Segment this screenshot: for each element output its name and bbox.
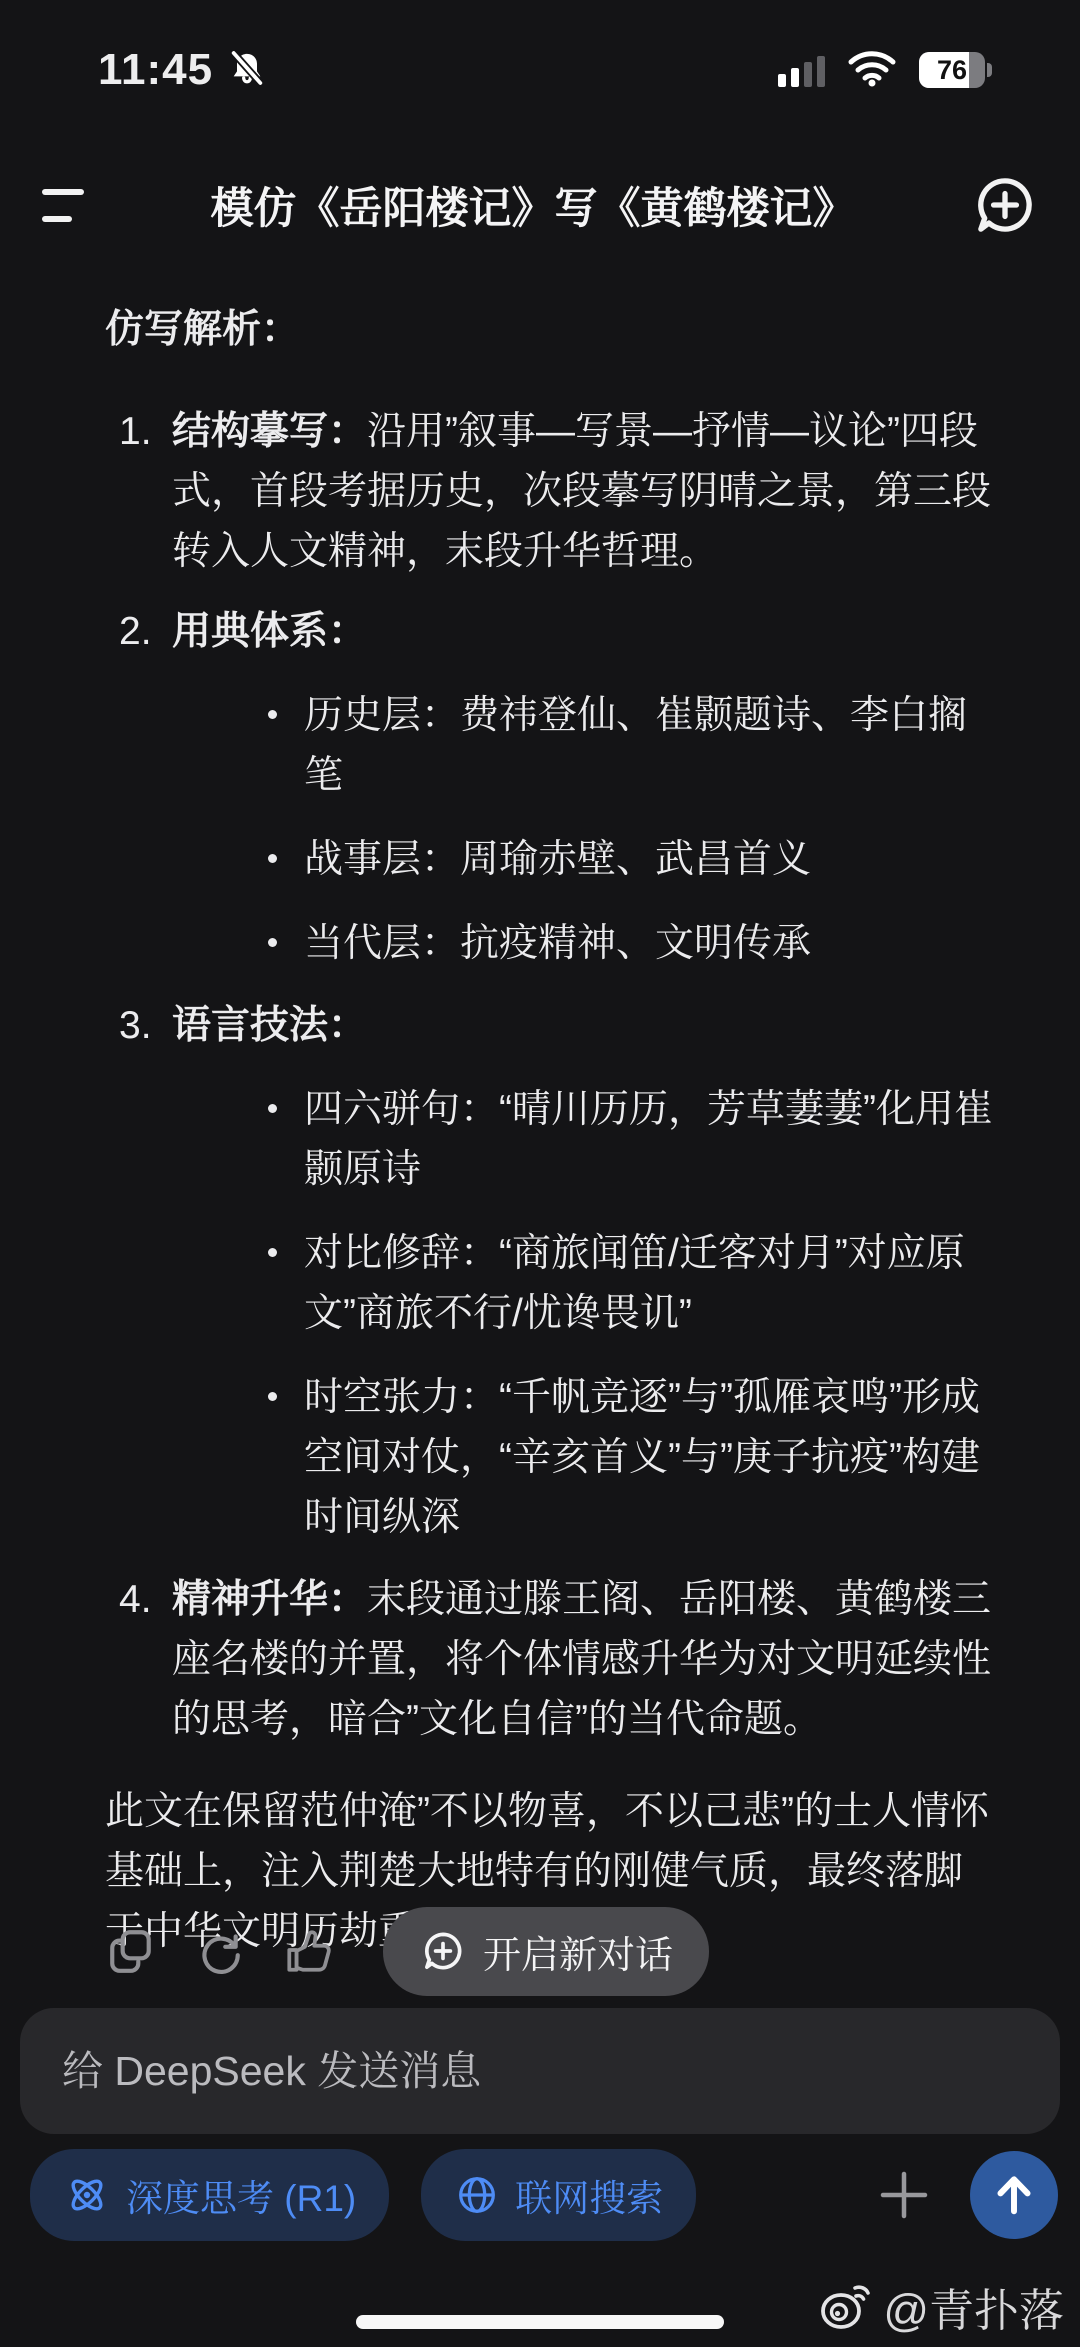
item-term: 语言技法： [172,1004,367,1047]
battery-icon: 76 [919,52,992,88]
home-indicator[interactable] [356,2315,724,2329]
conversation-title: 模仿《岳阳楼记》写《黄鹤楼记》 [98,175,968,236]
bullet-dot [268,1224,304,1344]
new-conversation-button[interactable]: 开启新对话 [383,1907,709,1996]
arrow-up-icon [988,2169,1040,2221]
list-item: 3. 语言技法： 四六骈句：“晴川历历，芳草萋萋”化用崔颢原诗 对比修辞：“商旅… [119,996,995,1550]
bullet-list: 四六骈句：“晴川历历，芳草萋萋”化用崔颢原诗 对比修辞：“商旅闻笛/迁客对月”对… [268,1080,995,1548]
bullet-item: 战事层：周瑜赤壁、武昌首义 [268,830,995,890]
deepthink-label: 深度思考 (R1) [126,2168,356,2222]
bullet-dot [268,1080,304,1200]
copy-icon[interactable] [105,1925,157,1977]
atom-icon [63,2171,111,2219]
bullet-dot [268,830,304,890]
weibo-icon [819,2282,875,2332]
wifi-icon [847,49,897,92]
bullet-dot [268,686,304,806]
sidebar-menu-icon[interactable] [42,189,98,222]
numbered-list: 1. 结构摹写：沿用”叙事—写景—抒情—议论”四段式，首段考据历史，次段摹写阴晴… [105,402,995,1750]
bullet-item: 四六骈句：“晴川历历，芳草萋萋”化用崔颢原诗 [268,1080,995,1200]
item-term: 结构摹写： [172,410,367,453]
cellular-signal-icon [778,53,825,87]
watermark: @青扑落 [819,2274,1064,2339]
item-term: 精神升华： [172,1578,367,1621]
web-search-label: 联网搜索 [515,2168,663,2222]
bullet-item: 历史层：费祎登仙、崔颢题诗、李白搁笔 [268,686,995,806]
list-item: 2. 用典体系： 历史层：费祎登仙、崔颢题诗、李白搁笔 战事层：周瑜赤壁、武昌首… [119,602,995,976]
message-heading: 仿写解析： [105,300,995,360]
web-search-toggle[interactable]: 联网搜索 [421,2149,696,2241]
message-input[interactable] [20,2048,1060,2095]
status-bar: 11:45 [0,30,1080,110]
item-term: 用典体系： [172,610,367,653]
attach-plus-icon[interactable] [876,2167,932,2223]
message-input-box [20,2008,1060,2134]
bullet-item: 当代层：抗疫精神、文明传承 [268,914,995,974]
new-chat-icon[interactable] [968,172,1038,238]
thumbs-up-icon[interactable] [281,1925,333,1977]
regenerate-icon[interactable] [193,1925,245,1977]
globe-icon [454,2172,500,2218]
status-time: 11:45 [98,45,213,95]
deepthink-toggle[interactable]: 深度思考 (R1) [30,2149,389,2241]
list-item: 1. 结构摹写：沿用”叙事—写景—抒情—议论”四段式，首段考据历史，次段摹写阴晴… [119,402,995,582]
composer-toolbar: 深度思考 (R1) 联网搜索 [30,2150,1058,2240]
watermark-handle: @青扑落 [883,2274,1064,2339]
bullet-list: 历史层：费祎登仙、崔颢题诗、李白搁笔 战事层：周瑜赤壁、武昌首义 当代层：抗疫精… [268,686,995,974]
bubble-plus-icon [419,1927,467,1975]
bullet-dot [268,1368,304,1548]
mute-bell-icon [227,48,267,93]
chat-header: 模仿《岳阳楼记》写《黄鹤楼记》 [0,150,1080,260]
assistant-message: 仿写解析： 1. 结构摹写：沿用”叙事—写景—抒情—议论”四段式，首段考据历史，… [0,300,1080,2001]
battery-percent: 76 [919,52,985,88]
bullet-dot [268,914,304,974]
bullet-item: 对比修辞：“商旅闻笛/迁客对月”对应原文”商旅不行/忧谗畏讥” [268,1224,995,1344]
send-button[interactable] [970,2151,1058,2239]
bullet-item: 时空张力：“千帆竞逐”与”孤雁哀鸣”形成空间对仗，“辛亥首义”与”庚子抗疫”构建… [268,1368,995,1548]
deepseek-chat-screen: 11:45 [0,0,1080,2347]
message-action-row: 开启新对话 [105,1908,995,1994]
new-conversation-label: 开启新对话 [483,1924,673,1979]
list-item: 4. 精神升华：末段通过滕王阁、岳阳楼、黄鹤楼三座名楼的并置，将个体情感升华为对… [119,1570,995,1750]
